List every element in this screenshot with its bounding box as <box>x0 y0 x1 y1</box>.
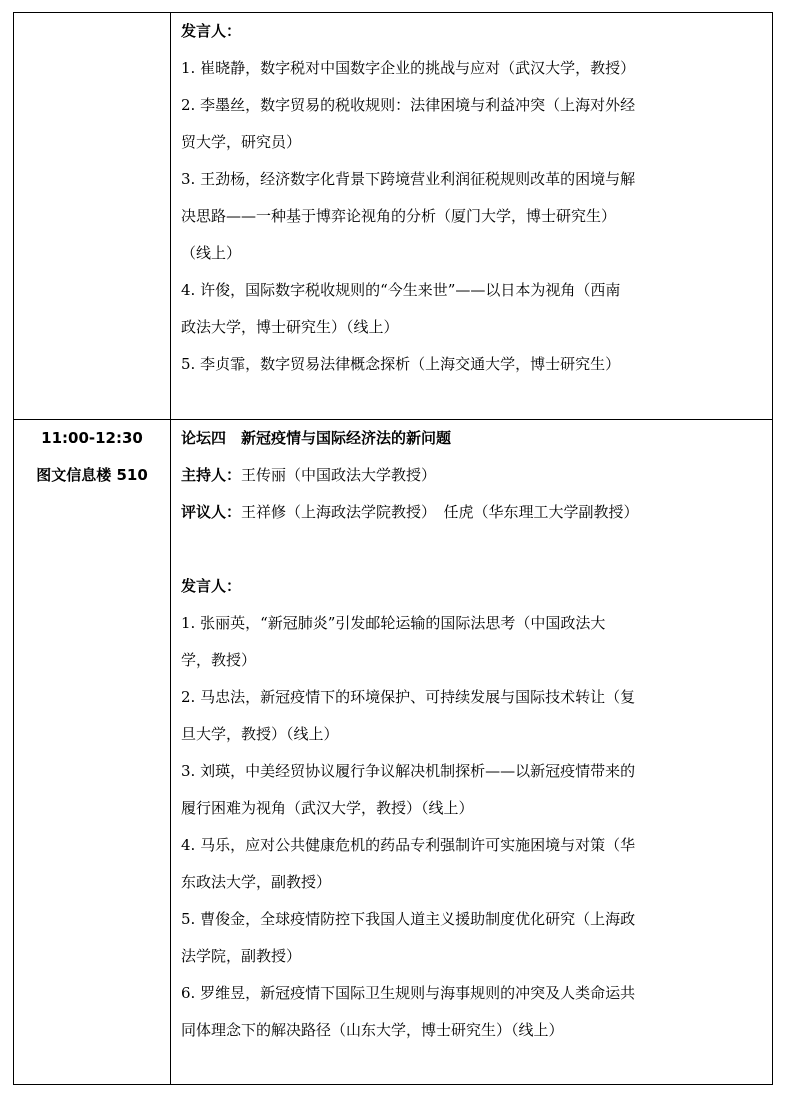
session-time: 11:00-12:30 <box>14 420 170 457</box>
schedule-table: 发言人： 1. 崔晓静，数字税对中国数字企业的挑战与应对（武汉大学，教授） 2.… <box>13 12 773 1085</box>
host-label: 主持人： <box>181 466 241 484</box>
speakers-label: 发言人： <box>181 13 766 50</box>
speaker-line: 政法大学，博士研究生）（线上） <box>181 309 766 346</box>
speaker-line: 2. 马忠法，新冠疫情下的环境保护、可持续发展与国际技术转让（复 <box>181 679 766 716</box>
speaker-line: 旦大学，教授）（线上） <box>181 716 766 753</box>
host-value: 王传丽（中国政法大学教授） <box>241 466 436 484</box>
host-line: 主持人：王传丽（中国政法大学教授） <box>181 457 766 494</box>
forum-title: 论坛四 新冠疫情与国际经济法的新问题 <box>181 420 766 457</box>
blank-line <box>181 531 766 568</box>
speaker-line: 1. 崔晓静，数字税对中国数字企业的挑战与应对（武汉大学，教授） <box>181 50 766 87</box>
speaker-line: 5. 曹俊金，全球疫情防控下我国人道主义援助制度优化研究（上海政 <box>181 901 766 938</box>
content-cell: 论坛四 新冠疫情与国际经济法的新问题 主持人：王传丽（中国政法大学教授） 评议人… <box>171 420 773 1085</box>
schedule-row: 发言人： 1. 崔晓静，数字税对中国数字企业的挑战与应对（武汉大学，教授） 2.… <box>14 13 773 420</box>
speaker-line: 学，教授） <box>181 642 766 679</box>
speaker-line: 1. 张丽英，“新冠肺炎”引发邮轮运输的国际法思考（中国政法大 <box>181 605 766 642</box>
schedule-row: 11:00-12:30 图文信息楼 510 论坛四 新冠疫情与国际经济法的新问题… <box>14 420 773 1085</box>
commentator-line: 评议人：王祥修（上海政法学院教授） 任虎（华东理工大学副教授） <box>181 494 766 531</box>
session-location: 图文信息楼 510 <box>14 457 170 494</box>
time-cell: 11:00-12:30 图文信息楼 510 <box>14 420 171 1085</box>
speaker-line: 3. 刘瑛，中美经贸协议履行争议解决机制探析——以新冠疫情带来的 <box>181 753 766 790</box>
speaker-line: 履行困难为视角（武汉大学，教授）（线上） <box>181 790 766 827</box>
speaker-line: 4. 马乐，应对公共健康危机的药品专利强制许可实施困境与对策（华 <box>181 827 766 864</box>
speaker-line: 4. 许俊，国际数字税收规则的“今生来世”——以日本为视角（西南 <box>181 272 766 309</box>
speaker-line: 决思路——一种基于博弈论视角的分析（厦门大学，博士研究生） <box>181 198 766 235</box>
speaker-line: 2. 李墨丝，数字贸易的税收规则：法律困境与利益冲突（上海对外经 <box>181 87 766 124</box>
speaker-line: 同体理念下的解决路径（山东大学，博士研究生）（线上） <box>181 1012 766 1049</box>
speaker-line: 贸大学，研究员） <box>181 124 766 161</box>
speaker-line: 法学院，副教授） <box>181 938 766 975</box>
speaker-line: 5. 李贞霏，数字贸易法律概念探析（上海交通大学，博士研究生） <box>181 346 766 383</box>
time-cell <box>14 13 171 420</box>
speaker-line: 3. 王劲杨，经济数字化背景下跨境营业利润征税规则改革的困境与解 <box>181 161 766 198</box>
commentator-value: 王祥修（上海政法学院教授） 任虎（华东理工大学副教授） <box>241 503 639 521</box>
commentator-label: 评议人： <box>181 503 241 521</box>
speaker-line: 东政法大学，副教授） <box>181 864 766 901</box>
speakers-label: 发言人： <box>181 568 766 605</box>
content-cell: 发言人： 1. 崔晓静，数字税对中国数字企业的挑战与应对（武汉大学，教授） 2.… <box>171 13 773 420</box>
speaker-line: 6. 罗维昱，新冠疫情下国际卫生规则与海事规则的冲突及人类命运共 <box>181 975 766 1012</box>
speaker-line: （线上） <box>181 235 766 272</box>
